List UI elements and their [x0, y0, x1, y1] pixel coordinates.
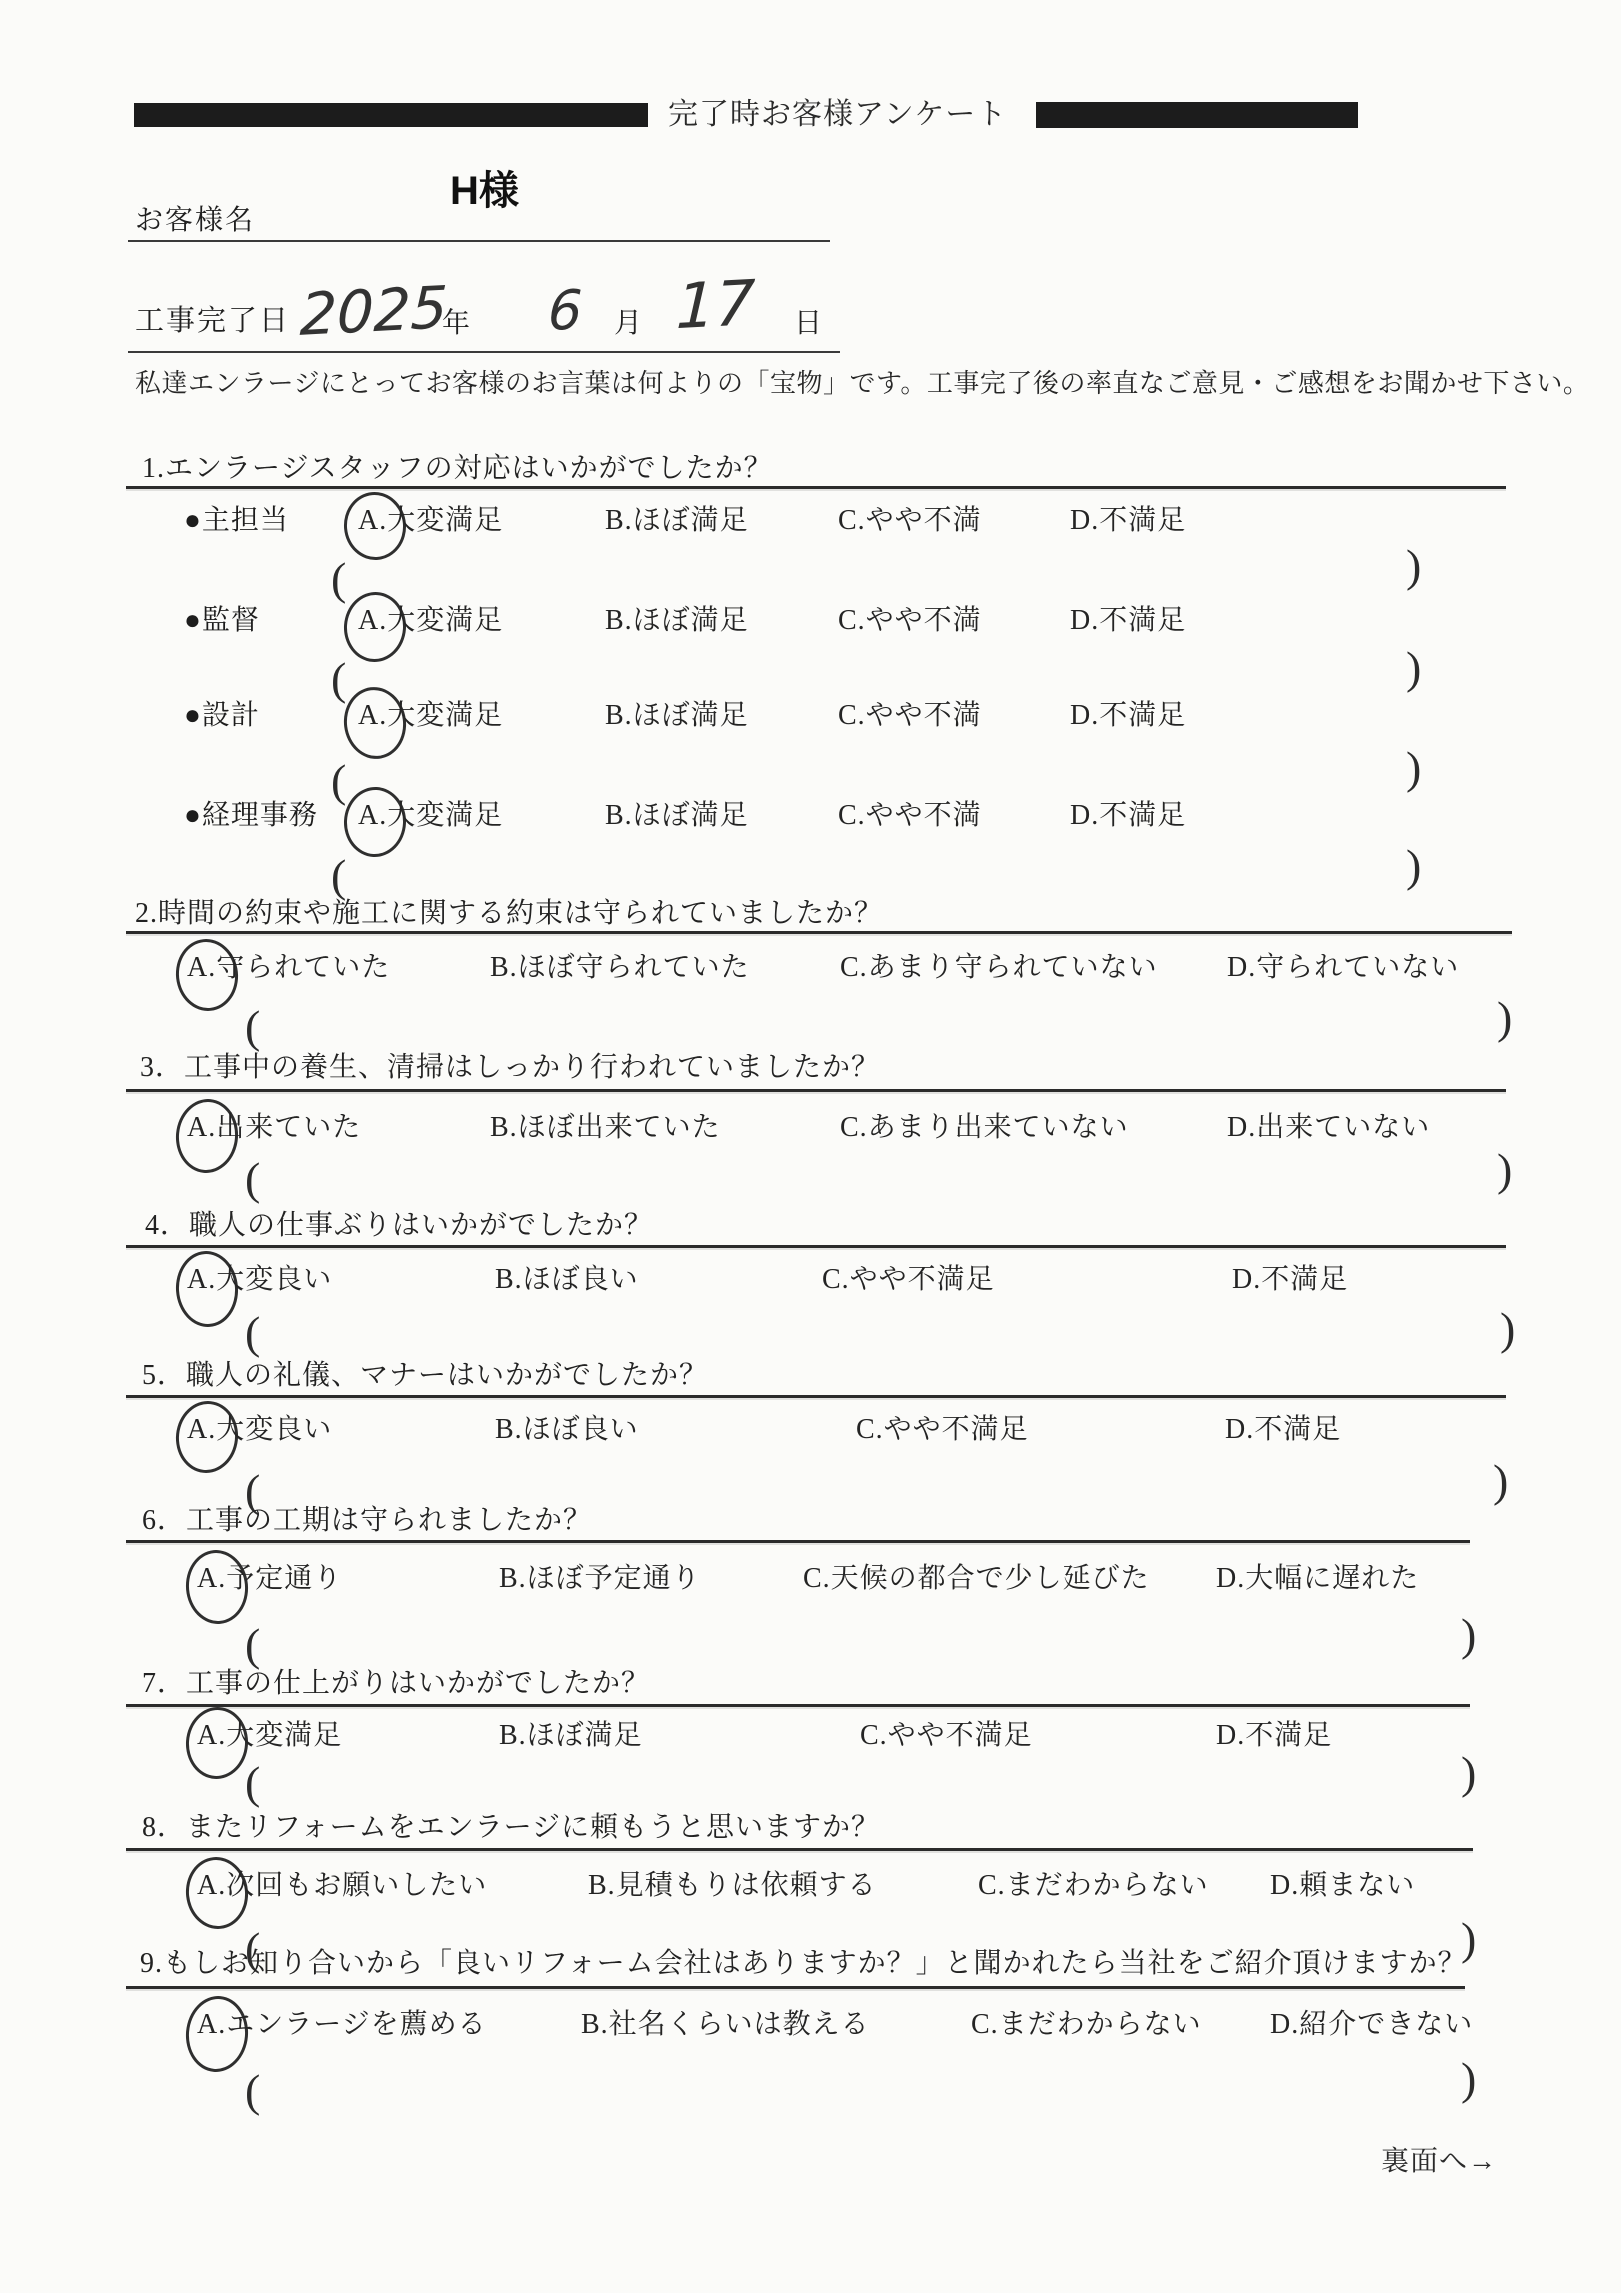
bullet-icon: ● [184, 800, 202, 831]
q1-row2-option-a: A.大変満足 [358, 605, 503, 637]
q3-option-b: B.ほぼ出来ていた [490, 1112, 721, 1144]
bullet-icon: ● [184, 700, 202, 731]
customer-name-underline [128, 240, 830, 242]
q1-row2-open-paren: ( [331, 656, 346, 702]
q1-row3-option-d: D.不満足 [1070, 700, 1186, 732]
year-unit: 年 [442, 308, 470, 340]
question-9-title: 9.もしお知り合いから「良いリフォーム会社はありますか？」と聞かれたら当社をご紹… [140, 1948, 1467, 1980]
question-6-title: 6．工事の工期は守られましたか？ [142, 1505, 592, 1537]
q3-close-paren: ) [1497, 1147, 1512, 1193]
q1-row4-option-a: A.大変満足 [358, 800, 503, 832]
q1-row4-option-d: D.不満足 [1070, 800, 1186, 832]
q4-option-b: B.ほぼ良い [495, 1264, 639, 1296]
question-3-title: 3．工事中の養生、清掃はしっかり行われていましたか？ [140, 1052, 880, 1084]
q1-row4-option-c: C.やや不満 [838, 800, 982, 832]
customer-name-value: H様 [450, 168, 519, 214]
q1-row1-option-b: B.ほぼ満足 [605, 505, 749, 537]
question-7-title: 7．工事の仕上がりはいかがでしたか？ [142, 1668, 650, 1700]
q8-option-d: D.頼まない [1270, 1870, 1415, 1902]
scanned-survey-page: 完了時お客様アンケート H様 お客様名 工事完了日 2025 年 6 月 17 … [0, 0, 1621, 2293]
q1-row1-option-d: D.不満足 [1070, 505, 1186, 537]
q4-option-c: C.やや不満足 [822, 1264, 995, 1296]
q3-option-d: D.出来ていない [1227, 1112, 1430, 1144]
q6-option-b: B.ほぼ予定通り [499, 1563, 701, 1595]
day-unit: 日 [794, 308, 822, 340]
handwritten-year: 2025 [299, 278, 448, 344]
q1-row1-option-a: A.大変満足 [358, 505, 503, 537]
q6-option-c: C.天候の都合で少し延びた [803, 1563, 1150, 1595]
q9-option-d: D.紹介できない [1270, 2009, 1473, 2041]
q1-row3-option-b: B.ほぼ満足 [605, 700, 749, 732]
q1-row3-close-paren: ) [1406, 745, 1421, 791]
q5-close-paren: ) [1493, 1458, 1508, 1504]
q6-open-paren: ( [245, 1622, 260, 1668]
q1-row3-option-a: A.大変満足 [358, 700, 503, 732]
q9-option-a: A.エンラージを薦める [197, 2009, 487, 2041]
question-8-title: 8．またリフォームをエンラージに頼もうと思いますか？ [142, 1812, 880, 1844]
q5-option-a: A.大変良い [187, 1414, 332, 1446]
completion-date-underline [128, 351, 840, 353]
q3-option-c: C.あまり出来ていない [840, 1112, 1129, 1144]
q1-row4-option-b: B.ほぼ満足 [605, 800, 749, 832]
q1-row1-label: ●主担当 [184, 505, 289, 537]
q9-close-paren: ) [1461, 2056, 1476, 2102]
customer-name-label: お客様名 [135, 205, 255, 237]
q6-close-paren: ) [1461, 1612, 1476, 1658]
q4-close-paren: ) [1500, 1306, 1515, 1352]
q2-close-paren: ) [1497, 995, 1512, 1041]
q7-option-c: C.やや不満足 [860, 1720, 1033, 1752]
q1-row2-option-d: D.不満足 [1070, 605, 1186, 637]
question-1-title: 1.エンラージスタッフの対応はいかがでしたか？ [142, 453, 773, 485]
q1-row1-close-paren: ) [1406, 543, 1421, 589]
bullet-icon: ● [184, 605, 202, 636]
q1-row2-label: ●監督 [184, 605, 260, 637]
month-unit: 月 [614, 308, 642, 340]
q2-option-a: A.守られていた [187, 952, 390, 984]
handwritten-day: 17 [675, 272, 756, 338]
header-left-bar [134, 103, 648, 127]
q1-row2-option-c: C.やや不満 [838, 605, 982, 637]
q5-option-d: D.不満足 [1225, 1414, 1341, 1446]
q1-row4-close-paren: ) [1406, 843, 1421, 889]
q7-option-a: A.大変満足 [197, 1720, 342, 1752]
question-6-underline [126, 1540, 1470, 1543]
question-9-underline [126, 1986, 1465, 1989]
q1-row4-open-paren: ( [331, 853, 346, 899]
question-3-underline [126, 1089, 1506, 1092]
q1-row3-open-paren: ( [331, 758, 346, 804]
q8-option-b: B.見積もりは依頼する [588, 1870, 877, 1902]
q1-row3-option-c: C.やや不満 [838, 700, 982, 732]
q6-option-a: A.予定通り [197, 1563, 342, 1595]
q2-open-paren: ( [245, 1004, 260, 1050]
question-5-underline [126, 1395, 1506, 1398]
q4-option-a: A.大変良い [187, 1264, 332, 1296]
question-8-underline [126, 1848, 1473, 1851]
q8-option-a: A.次回もお願いしたい [197, 1870, 487, 1902]
question-4-underline [126, 1245, 1506, 1248]
q1-row3-label: ●設計 [184, 700, 260, 732]
question-5-title: 5．職人の礼儀、マナーはいかがでしたか？ [142, 1360, 708, 1392]
question-7-underline [126, 1704, 1470, 1707]
q6-option-d: D.大幅に遅れた [1216, 1563, 1419, 1595]
question-4-title: 4．職人の仕事ぶりはいかがでしたか？ [145, 1210, 653, 1242]
q7-close-paren: ) [1461, 1750, 1476, 1796]
q2-option-d: D.守られていない [1227, 952, 1459, 984]
q9-option-c: C.まだわからない [971, 2009, 1202, 2041]
q2-option-b: B.ほぼ守られていた [490, 952, 750, 984]
q4-option-d: D.不満足 [1232, 1264, 1348, 1296]
form-title: 完了時お客様アンケート [668, 98, 1007, 133]
q9-option-b: B.社名くらいは教える [581, 2009, 870, 2041]
q9-open-paren: ( [245, 2068, 260, 2114]
q5-option-c: C.やや不満足 [856, 1414, 1029, 1446]
q7-option-b: B.ほぼ満足 [499, 1720, 643, 1752]
question-2-underline [126, 931, 1512, 934]
q2-option-c: C.あまり守られていない [840, 952, 1158, 984]
q1-row2-option-b: B.ほぼ満足 [605, 605, 749, 637]
next-page-note: 裏面へ→ [1381, 2146, 1497, 2178]
q7-option-d: D.不満足 [1216, 1720, 1332, 1752]
q1-row4-label: ●経理事務 [184, 800, 318, 832]
header-right-bar [1036, 102, 1358, 128]
bullet-icon: ● [184, 505, 202, 536]
handwritten-month: 6 [547, 283, 583, 339]
intro-text: 私達エンラージにとってお客様のお言葉は何よりの「宝物」です。工事完了後の率直なご… [135, 369, 1589, 399]
q1-row2-close-paren: ) [1406, 645, 1421, 691]
q3-open-paren: ( [245, 1156, 260, 1202]
q3-option-a: A.出来ていた [187, 1112, 361, 1144]
q8-option-c: C.まだわからない [978, 1870, 1209, 1902]
q1-row1-option-c: C.やや不満 [838, 505, 982, 537]
completion-date-label: 工事完了日 [135, 305, 290, 338]
question-2-title: 2.時間の約束や施工に関する約束は守られていましたか？ [135, 898, 883, 930]
q4-open-paren: ( [245, 1310, 260, 1356]
question-1-underline [126, 486, 1506, 489]
q7-open-paren: ( [245, 1760, 260, 1806]
q5-option-b: B.ほぼ良い [495, 1414, 639, 1446]
q1-row1-open-paren: ( [331, 556, 346, 602]
